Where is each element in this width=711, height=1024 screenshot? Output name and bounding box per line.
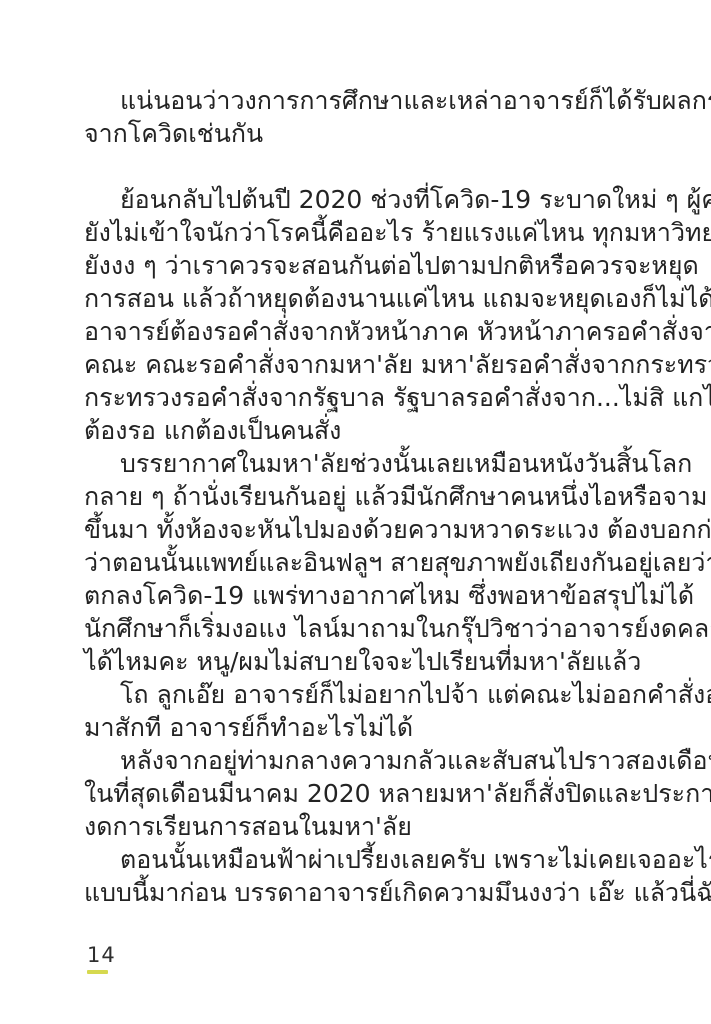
- text-line: งดการเรียนการสอนในมหา'ลัย: [84, 810, 644, 843]
- page-number-underline: [87, 970, 108, 974]
- text-line: ตอนนั้นเหมือนฟ้าผ่าเปรี้ยงเลยครับ เพราะไ…: [84, 843, 644, 876]
- text-line: ในที่สุดเดือนมีนาคม 2020 หลายมหา'ลัยก็สั…: [84, 777, 644, 810]
- text-line: หลังจากอยู่ท่ามกลางความกลัวและสับสนไปราว…: [84, 744, 644, 777]
- text-line: กลาย ๆ ถ้านั่งเรียนกันอยู่ แล้วมีนักศึกษ…: [84, 480, 644, 513]
- text-line: อาจารย์ต้องรอคำสั่งจากหัวหน้าภาค หัวหน้า…: [84, 315, 644, 348]
- paragraph-gap: [84, 150, 644, 183]
- text-line: มาสักที อาจารย์ก็ทำอะไรไม่ได้: [84, 711, 644, 744]
- text-line: ขึ้นมา ทั้งห้องจะหันไปมองด้วยความหวาดระแ…: [84, 513, 644, 546]
- text-line: ได้ไหมคะ หนู/ผมไม่สบายใจจะไปเรียนที่มหา'…: [84, 645, 644, 678]
- text-line: แบบนี้มาก่อน บรรดาอาจารย์เกิดความมึนงงว่…: [84, 876, 644, 909]
- text-line: ว่าตอนนั้นแพทย์และอินฟลูฯ สายสุขภาพยังเถ…: [84, 546, 644, 579]
- text-line: นักศึกษาก็เริ่มงอแง ไลน์มาถามในกรุ๊ปวิชา…: [84, 612, 644, 645]
- text-line: การสอน แล้วถ้าหยุดต้องนานแค่ไหน แถมจะหยุ…: [84, 282, 644, 315]
- paragraph: ย้อนกลับไปต้นปี 2020 ช่วงที่โควิด-19 ระบ…: [84, 183, 644, 447]
- paragraph: บรรยากาศในมหา'ลัยช่วงนั้นเลยเหมือนหนังวั…: [84, 447, 644, 678]
- text-line: บรรยากาศในมหา'ลัยช่วงนั้นเลยเหมือนหนังวั…: [84, 447, 644, 480]
- text-line: โถ ลูกเอ๊ย อาจารย์ก็ไม่อยากไปจ้า แต่คณะไ…: [84, 678, 644, 711]
- text-line: ตกลงโควิด-19 แพร่ทางอากาศไหม ซึ่งพอหาข้อ…: [84, 579, 644, 612]
- text-line: ย้อนกลับไปต้นปี 2020 ช่วงที่โควิด-19 ระบ…: [84, 183, 644, 216]
- text-line: ยังไม่เข้าใจนักว่าโรคนี้คืออะไร ร้ายแรงแ…: [84, 216, 644, 249]
- book-page: แน่นอนว่าวงการการศึกษาและเหล่าอาจารย์ก็ไ…: [0, 0, 711, 1024]
- text-line: ยังงง ๆ ว่าเราควรจะสอนกันต่อไปตามปกติหรื…: [84, 249, 644, 282]
- page-footer: 14: [87, 942, 116, 974]
- text-line: แน่นอนว่าวงการการศึกษาและเหล่าอาจารย์ก็ไ…: [84, 84, 644, 117]
- body-text: แน่นอนว่าวงการการศึกษาและเหล่าอาจารย์ก็ไ…: [84, 84, 644, 909]
- text-line: ต้องรอ แกต้องเป็นคนสั่ง: [84, 414, 644, 447]
- paragraph: แน่นอนว่าวงการการศึกษาและเหล่าอาจารย์ก็ไ…: [84, 84, 644, 150]
- text-line: คณะ คณะรอคำสั่งจากมหา'ลัย มหา'ลัยรอคำสั่…: [84, 348, 644, 381]
- text-line: กระทรวงรอคำสั่งจากรัฐบาล รัฐบาลรอคำสั่งจ…: [84, 381, 644, 414]
- text-line: จากโควิดเช่นกัน: [84, 117, 644, 150]
- paragraph: โถ ลูกเอ๊ย อาจารย์ก็ไม่อยากไปจ้า แต่คณะไ…: [84, 678, 644, 744]
- paragraph: หลังจากอยู่ท่ามกลางความกลัวและสับสนไปราว…: [84, 744, 644, 843]
- paragraph: ตอนนั้นเหมือนฟ้าผ่าเปรี้ยงเลยครับ เพราะไ…: [84, 843, 644, 909]
- page-number: 14: [87, 942, 116, 968]
